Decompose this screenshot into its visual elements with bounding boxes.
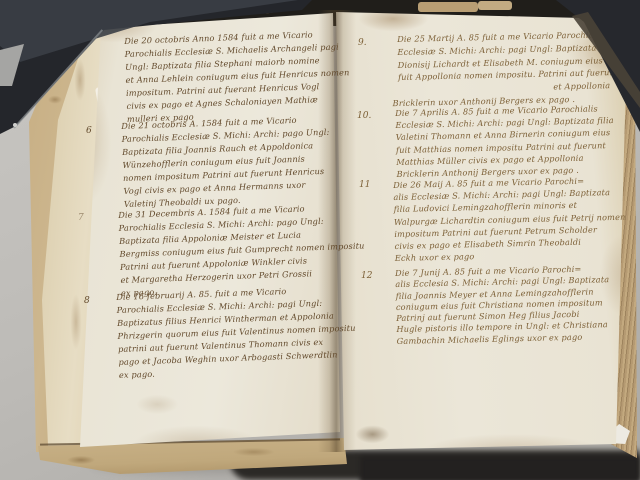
baptism-entry-5: Die 20 octobris Anno 1584 fuit a me Vica… (124, 27, 351, 126)
entry-number: 7 (78, 213, 84, 223)
page-top-edge (418, 2, 478, 12)
entry-number: 11 (359, 180, 370, 190)
page-top-edge (478, 1, 512, 10)
baptism-entry-12: Die 7 Junij A. 85 fuit a me Vicario Paro… (395, 263, 611, 347)
baptism-entry-8: Die 16 februarij A. 85. fuit a me Vicari… (116, 283, 357, 382)
entry-number: 10. (357, 111, 371, 121)
entry-number: 9. (358, 38, 367, 48)
wedge-tip-dot (13, 123, 17, 127)
baptism-entry-9: Die 25 Martij A. 85 fuit a me Vicario Pa… (397, 28, 619, 110)
baptism-entry-10: Die 7 Aprilis A. 85 fuit a me Vicario Pa… (395, 102, 615, 180)
entry-number: 6 (86, 126, 92, 136)
baptism-entry-11: Die 26 Maij A. 85 fuit a me Vicario Paro… (393, 174, 626, 265)
book-shadow-deep (360, 456, 640, 480)
manuscript-photo: 5 6 7 8 9. 10. 11 12 Die 20 octobris Ann… (0, 0, 640, 480)
baptism-entry-6: Die 21 octobris A. 1584 fuit a me Vicari… (121, 113, 332, 211)
entry-number: 8 (84, 296, 90, 306)
